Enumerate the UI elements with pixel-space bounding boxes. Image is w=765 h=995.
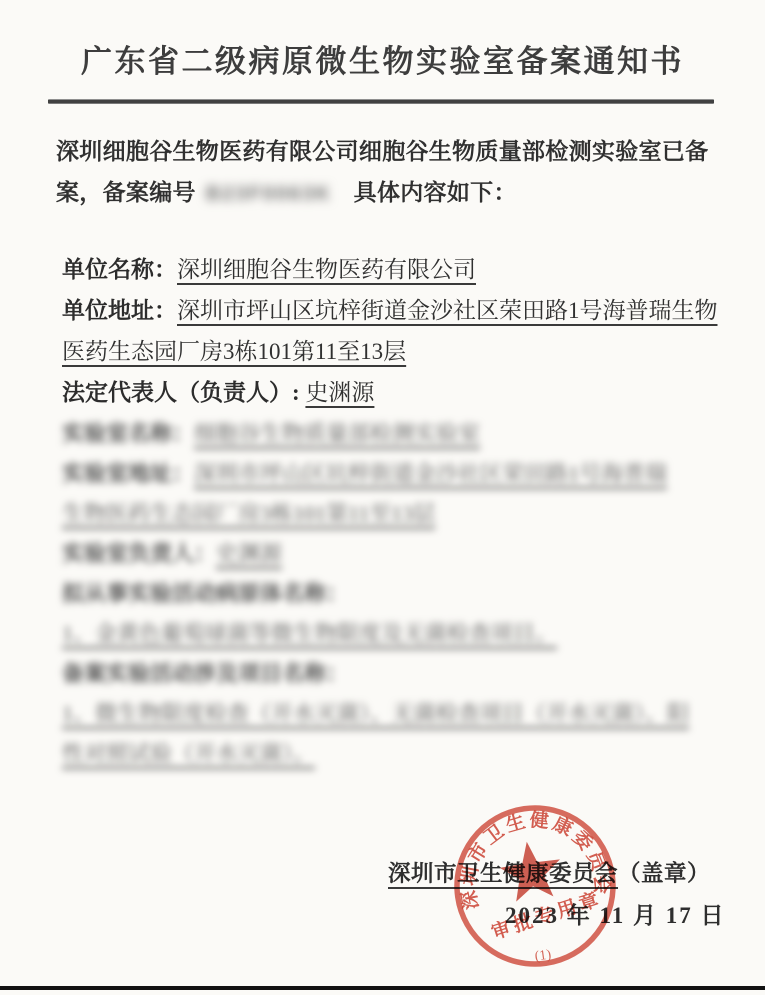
redacted-line: 生物医药生态园厂房3栋101第11至13层 <box>62 494 734 534</box>
redacted-label: 实验室负责人： <box>62 541 216 566</box>
legal-representative-label: 法定代表人（负责人）: <box>62 380 305 405</box>
redacted-label: 备案实验活动涉及项目名称： <box>62 661 348 686</box>
redacted-value: 深圳市坪山区坑梓街道金沙社区荣田路1号海普瑞 <box>194 461 667 486</box>
filing-number-redacted: B23F0063K <box>206 174 332 215</box>
redacted-value: 史渊源 <box>216 541 282 566</box>
scan-bottom-edge <box>0 986 765 990</box>
document-title: 广东省二级病原微生物实验室备案通知书 <box>0 36 765 81</box>
unit-name-label: 单位名称： <box>62 257 177 282</box>
field-list: 单位名称：深圳细胞谷生物医药有限公司 单位地址：深圳市坪山区坑梓街道金沙社区荣田… <box>62 249 730 413</box>
seal-star <box>497 837 565 903</box>
redacted-value: 生物医药生态园厂房3栋101第11至13层 <box>62 501 435 526</box>
field-legal-representative: 法定代表人（负责人）: 史渊源 <box>62 372 730 413</box>
document-page: 广东省二级病原微生物实验室备案通知书 深圳细胞谷生物医药有限公司细胞谷生物质量部… <box>0 0 765 995</box>
redacted-label: 实验室地址： <box>62 461 194 486</box>
redacted-value: 细胞谷生物质量部检测实验室 <box>194 421 480 446</box>
intro-text-after-code: 具体内容如下： <box>354 180 517 205</box>
redacted-value: 1、金黄色葡萄球菌等微生物限度及无菌检查项目。 <box>62 621 557 646</box>
legal-representative-value: 史渊源 <box>305 380 374 405</box>
redacted-heading: 拟从事实验活动病原体名称： <box>62 574 734 614</box>
title-divider-rule <box>48 99 714 104</box>
redacted-line: 1、金黄色葡萄球菌等微生物限度及无菌检查项目。 <box>62 614 734 654</box>
unit-address-label: 单位地址： <box>62 298 177 323</box>
redacted-line: 1、微生物限度检查（开水灭菌）、无菌检查项目（开水灭菌）、阳 <box>62 694 734 734</box>
redacted-label: 拟从事实验活动病原体名称： <box>62 581 348 606</box>
intro-paragraph: 深圳细胞谷生物医药有限公司细胞谷生物质量部检测实验室已备案，备案编号B23F00… <box>56 131 718 215</box>
stamp-note: （盖章） <box>618 861 710 886</box>
redacted-line: 实验室名称：细胞谷生物质量部检测实验室 <box>62 414 734 454</box>
field-unit-address: 单位地址：深圳市坪山区坑梓街道金沙社区荣田路1号海普瑞生物医药生态园厂房3栋10… <box>62 290 730 372</box>
redacted-heading: 备案实验活动涉及项目名称： <box>62 654 734 694</box>
redacted-line: 性对照试验（开水灭菌）。 <box>62 734 734 774</box>
seal-center-text: 审批专用章 <box>488 887 604 944</box>
unit-name-value: 深圳细胞谷生物医药有限公司 <box>177 257 476 282</box>
redacted-section: 实验室名称：细胞谷生物质量部检测实验室 实验室地址：深圳市坪山区坑梓街道金沙社区… <box>62 414 734 774</box>
official-seal: 深圳市卫生健康委员会 审批专用章 (1) <box>449 797 625 979</box>
redacted-value: 1、微生物限度检查（开水灭菌）、无菌检查项目（开水灭菌）、阳 <box>62 701 689 726</box>
redacted-value: 性对照试验（开水灭菌）。 <box>62 741 315 766</box>
field-unit-name: 单位名称：深圳细胞谷生物医药有限公司 <box>62 249 730 290</box>
redacted-label: 实验室名称： <box>62 421 194 446</box>
seal-number: (1) <box>534 947 553 964</box>
redacted-line: 实验室地址：深圳市坪山区坑梓街道金沙社区荣田路1号海普瑞 <box>62 454 734 494</box>
redacted-line: 实验室负责人：史渊源 <box>62 534 734 574</box>
